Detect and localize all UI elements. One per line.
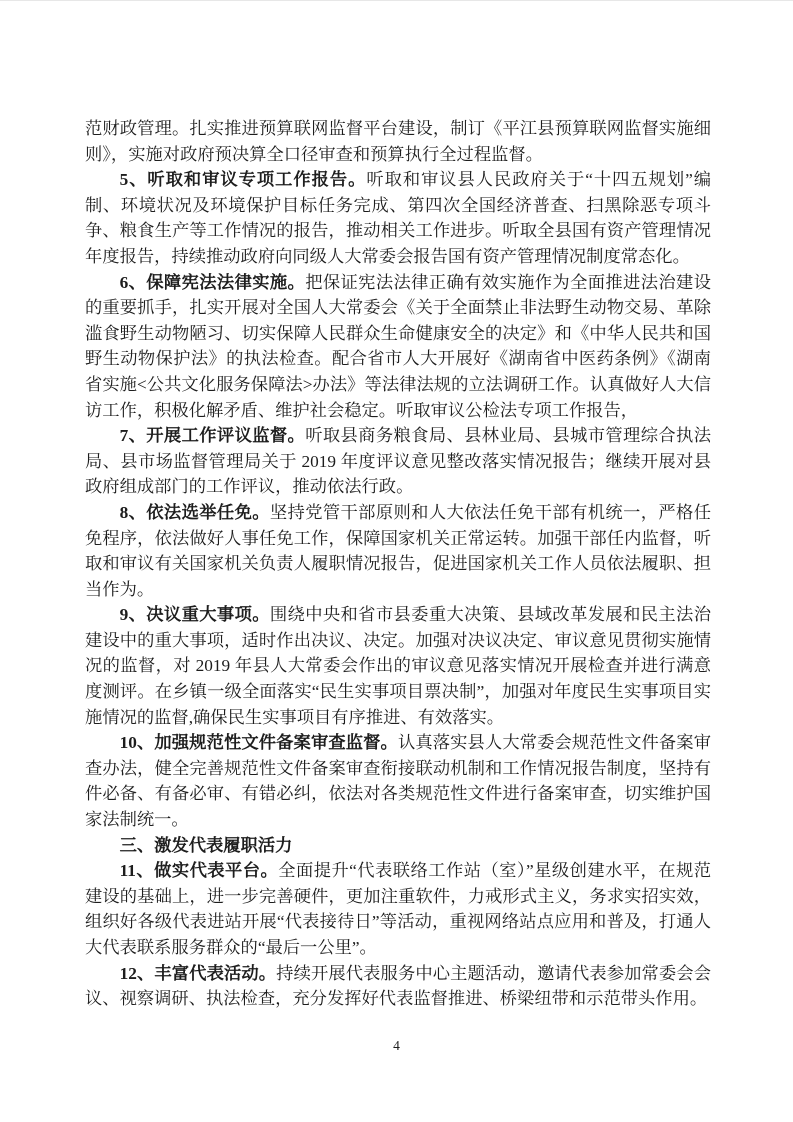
numbered-paragraph-12: 12、丰富代表活动。持续开展代表服务中心主题活动，邀请代表参加常委会会议、视察调… bbox=[85, 961, 711, 1012]
continuation-paragraph: 范财政管理。扎实推进预算联网监督平台建设，制订《平江县预算联网监督实施细则》，实… bbox=[85, 116, 711, 167]
paragraph-lead: 6、保障宪法法律实施。 bbox=[120, 273, 306, 292]
numbered-paragraph-7: 7、开展工作评议监督。听取县商务粮食局、县林业局、县城市管理综合执法局、县市场监… bbox=[85, 423, 711, 500]
numbered-paragraph-8: 8、依法选举任免。坚持党管干部原则和人大依法任免干部有机统一，严格任免程序，依法… bbox=[85, 500, 711, 602]
paragraph-lead: 5、听取和审议专项工作报告。 bbox=[120, 170, 367, 189]
document-body: 范财政管理。扎实推进预算联网监督平台建设，制订《平江县预算联网监督实施细则》，实… bbox=[85, 116, 711, 1012]
section-heading: 三、激发代表履职活力 bbox=[85, 833, 711, 859]
document-page: 范财政管理。扎实推进预算联网监督平台建设，制订《平江县预算联网监督实施细则》，实… bbox=[0, 0, 793, 1122]
numbered-paragraph-11: 11、做实代表平台。全面提升“代表联络工作站（室）”星级创建水平，在规范建设的基… bbox=[85, 858, 711, 960]
paragraph-body: 把保证宪法法律正确有效实施作为全面推进法治建设的重要抓手，扎实开展对全国人大常委… bbox=[85, 273, 711, 420]
paragraph-lead: 10、加强规范性文件备案审查监督。 bbox=[120, 733, 398, 752]
page-number: 4 bbox=[0, 1037, 793, 1055]
paragraph-lead: 8、依法选举任免。 bbox=[120, 503, 270, 522]
paragraph-lead: 12、丰富代表活动。 bbox=[120, 964, 277, 983]
numbered-paragraph-6: 6、保障宪法法律实施。把保证宪法法律正确有效实施作为全面推进法治建设的重要抓手，… bbox=[85, 270, 711, 424]
numbered-paragraph-9: 9、决议重大事项。围绕中央和省市县委重大决策、县域改革发展和民主法治建设中的重大… bbox=[85, 602, 711, 730]
paragraph-lead: 9、决议重大事项。 bbox=[120, 605, 270, 624]
numbered-paragraph-10: 10、加强规范性文件备案审查监督。认真落实县人大常委会规范性文件备案审查办法，健… bbox=[85, 730, 711, 832]
paragraph-lead: 7、开展工作评议监督。 bbox=[120, 426, 306, 445]
paragraph-body: 范财政管理。扎实推进预算联网监督平台建设，制订《平江县预算联网监督实施细则》，实… bbox=[85, 119, 711, 164]
paragraph-lead: 11、做实代表平台。 bbox=[120, 861, 279, 880]
numbered-paragraph-5: 5、听取和审议专项工作报告。听取和审议县人民政府关于“十四五规划”编制、环境状况… bbox=[85, 167, 711, 269]
